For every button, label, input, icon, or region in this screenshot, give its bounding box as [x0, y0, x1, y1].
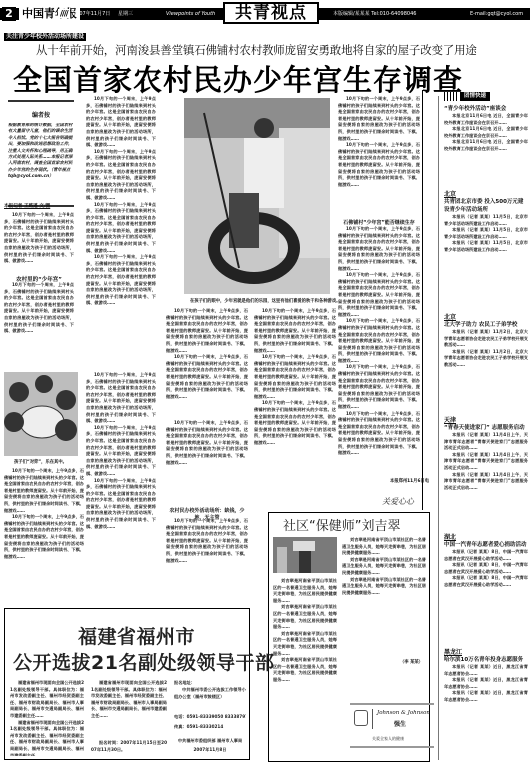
sidebar-item-title: “青春天使进家门” 志愿服务启动 [444, 424, 528, 432]
ad-sign-date: 2007年11月8日 [174, 747, 246, 754]
feature-title: 社区“保健师”刘吉翠 [283, 515, 400, 534]
ad-body-col2: 福建省福州市现面向全国公开选拔21名副处级领导干部。具体职位为：福州市发改委副主… [91, 680, 167, 740]
story-text-col3b: 10月下旬的一个周末，上午9点多，石佛铺村的孩子们陆续来到村头的少年宫。这是全国… [166, 420, 248, 502]
ad-fax: 传真：0591-83330214 [174, 724, 246, 731]
feature-author: （李 某某） [400, 659, 423, 665]
slash-ornament-icon: //// [58, 9, 70, 18]
sidebar-item-region: 湖北 [444, 532, 528, 541]
editor-note: 编者按 根据教育部的统计数据，全国农村有大量留守儿童，他们的课余生活令人担忧。党… [8, 100, 74, 207]
ad-contact: 中共福州市委公开选拔工作领导小组办公室（福州市鼓楼区） [174, 687, 246, 713]
editor-note-title: 编者按 [8, 110, 74, 119]
swing-photo [184, 98, 330, 294]
story-text-col1c: 10月下旬的一个周末，上午9点多，石佛铺村的孩子们陆续来到村头的少年宫。这是全国… [4, 468, 84, 604]
page-number: 2 [2, 7, 16, 21]
ad-contact-label: 报名地址： [174, 680, 246, 686]
ad-title-line1: 福建省福州市 [78, 622, 195, 649]
ad-title-line2: 公开选拔21名副处级领导干部 [13, 648, 274, 675]
sidebar-item-title: “青少年校外活动”座谈会 [444, 105, 528, 113]
story-text-col3d: 10月下旬的一个周末，上午9点多，石佛铺村的孩子们陆续来到村头的少年宫。这是全国… [254, 308, 336, 498]
story-kicker: 关注青少年校外活动场所建设 [4, 33, 86, 41]
sidebar-item-title: 中国一汽青年志愿者爱心捐助活动 [444, 541, 528, 549]
editor-line: 本版编辑/某某某 Tel:010-64098046 [333, 9, 416, 19]
sponsor-brand-cn: 强生 [394, 719, 406, 728]
sidebar-item-body: 本报讯（记者 某某）8日，中国一汽青年志愿者在武汉开展爱心助学活动……本报讯（记… [444, 549, 528, 641]
sidebar-item-body: 本报北京11月6日电 近日，全国青少年校外教育工作座谈会在京召开……本报北京11… [444, 113, 528, 183]
sidebar-item-body: 本报讯（记者 某某）11月2日，北京大学青年志愿者协会走进农民工子弟学校开展支教… [444, 329, 528, 409]
sponsor-tagline: 关爱全家人的健康 [372, 736, 404, 742]
paper-logo: 中国青年报 [19, 5, 80, 21]
contact-email: E-mail:gqt@cyol.com [470, 9, 523, 19]
sidebar-item-body: 本报讯（记者 某某）近日，黑龙江省青年志愿者协会……本报讯（记者 某某）近日，黑… [444, 664, 528, 754]
story-text-col4b: 10月下旬的一个周末，上午9点多，石佛铺村的孩子们陆续来到村头的少年宫。这是全国… [338, 226, 420, 506]
sidebar-item-region: 北京 [444, 189, 528, 198]
sidebar-item-body: 本报讯（记者 某某）11月4日上午，天津市青年志愿者“青春天使进家门”志愿服务活… [444, 432, 528, 526]
ad-phone: 电话：0591-83339050 83338797 [174, 714, 246, 721]
sidebar-news: 团情快递 “青少年校外活动”座谈会 本报北京11月6日电 近日，全国青少年校外教… [444, 92, 528, 754]
sidebar-item-region: 北京 [444, 312, 528, 321]
issue-weekday: 星期三 [118, 9, 133, 19]
sponsor-divider [372, 709, 373, 729]
rule [8, 100, 74, 102]
sidebar-item-title: 北大学子助力 农民工子弟学校 [444, 321, 528, 329]
ad-body-col1: 福建省福州市现面向全国公开选拔21名副处级领导干部。具体职位为：福州市发改委副主… [10, 680, 84, 756]
ad-registration: 报名时间：2007年11月15日至2007年11月30日。 [91, 740, 167, 756]
story-text-col1b: 10月下旬的一个周末，上午9点多，石佛铺村的孩子们陆续来到村头的少年宫。这是全国… [4, 282, 74, 366]
story-text-col2b: 10月下旬的一个周末，上午9点多，石佛铺村的孩子们陆续来到村头的少年宫。这是全国… [86, 372, 156, 604]
story-subheading: 石佛铺村“少年宫”能否继续生存 [338, 219, 420, 226]
kids-photo [4, 372, 78, 456]
sidebar-item-body: 本报讯（记者 某某）11月5日，北京市青少年活动场所建设工作启动……本报讯（记者… [444, 214, 528, 306]
sidebar-label: 团情快递 [460, 92, 490, 101]
story-byline: 本报记者 王路遥 文/摄 [4, 203, 74, 209]
story-text-col3c: 10月下旬的一个周末，上午9点多，石佛铺村的孩子们陆续来到村头的少年宫。这是全国… [166, 518, 248, 604]
sponsor-brand-en: Johnson & Johnson [377, 710, 430, 716]
sidebar-item-region: 黑龙江 [444, 647, 528, 656]
column-divider [422, 90, 423, 510]
sidebar-item-region: 天津 [444, 415, 528, 424]
swing-photo-caption: 在孩子们的眼中，少年宫就是他们的乐园，这里有他们喜爱的秋千和各种游戏。 [190, 298, 340, 304]
kids-photo-image-icon [4, 372, 78, 456]
feature-photo [273, 537, 337, 573]
feature-photo-image-icon [273, 537, 337, 573]
issue-date: 2007年11月7日 [73, 9, 110, 19]
ad-signature: 中共福州市委组织部 福州市人事局 [174, 738, 246, 745]
story-subhead: 从十年前开始，河南浚县善堂镇石佛铺村农村教师庞留安勇敢地将自家的屋子改变了用途 [36, 42, 477, 58]
story-dateline: 本报郑州11月6日电 [390, 478, 429, 484]
story-text-col3: 10月下旬的一个周末，上午9点多，石佛铺村的孩子们陆续来到村头的少年宫。这是全国… [166, 308, 248, 418]
story-text-col4: 10月下旬的一个周末，上午9点多，石佛铺村的孩子们陆续来到村头的少年宫。这是全国… [338, 96, 420, 216]
swing-photo-image-icon [184, 98, 330, 294]
olympic-emblem-icon [354, 710, 368, 726]
barcode-ornament-icon [444, 92, 458, 101]
editor-note-body: 根据教育部的统计数据，全国农村有大量留守儿童，他们的课余生活令人担忧。党的十七大… [8, 123, 74, 201]
english-tagline: Viewpoints of Youth [166, 9, 215, 19]
story-text-col2: 10月下旬的一个周末，上午9点多，石佛铺村的孩子们陆续来到村头的少年宫。这是全国… [86, 96, 156, 366]
feature-text-col1: 刘吉翠是河南省平顶山市某社区的一名普通卫生服务人员，她每天走街串巷，为社区居民提… [273, 578, 337, 758]
sidebar-divider [438, 96, 439, 760]
feature-text-col2: 刘吉翠是河南省平顶山市某社区的一名普通卫生服务人员，她每天走街串巷，为社区居民提… [342, 537, 426, 653]
story-text-col1: 10月下旬的一个周末，上午9点多，石佛铺村的孩子们陆续来到村头的少年宫。这是全国… [4, 212, 74, 282]
sidebar-item-title: 共青团北京市委 投入500万元建设青少年活动场所 [444, 198, 528, 214]
section-title: 共青视点 [223, 2, 319, 24]
sidebar-item-title: 哈尔滨10万名青年投身志愿服务 [444, 656, 528, 664]
story-headline: 全国首家农村民办少年宫生存调查 [13, 58, 463, 99]
feature-column-tag: 关爱心心 [382, 496, 414, 507]
kids-photo-caption: 孩子们“对弈”，乐在其中。 [14, 459, 67, 465]
